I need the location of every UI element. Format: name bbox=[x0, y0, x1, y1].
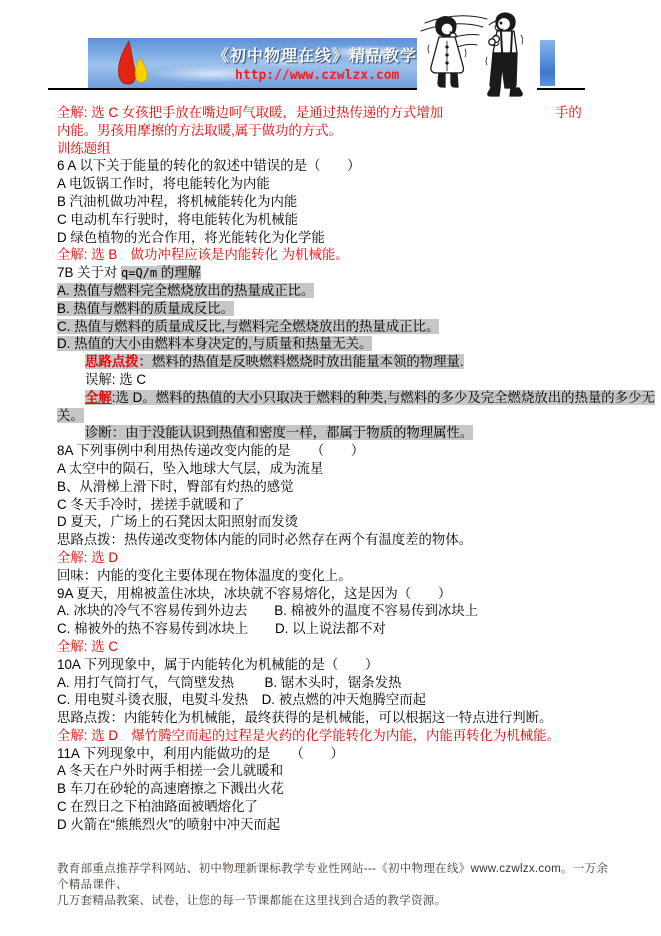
doc-line: 思路点拨：热传递改变物体内能的同时必然存在两个有温度差的物体。 bbox=[57, 531, 605, 549]
doc-text: :选 D。燃料的热值的大小只取决于燃料的种类,与燃料的多少及完全燃烧放出的热量的… bbox=[112, 390, 655, 405]
doc-text: 6 A 以下关于能量的转化的叙述中错误的是（ ） bbox=[57, 158, 361, 173]
doc-line: D 夏天，广场上的石凳因太阳照射而发烫 bbox=[57, 513, 605, 531]
doc-text: D 火箭在“熊熊烈火”的喷射中冲天而起 bbox=[57, 817, 280, 832]
doc-text: A 电饭锅工作时，将电能转化为内能 bbox=[57, 176, 270, 191]
doc-line: B 车刀在砂轮的高速磨擦之下溅出火花 bbox=[57, 780, 605, 798]
doc-line: A. 冰块的冷气不容易传到外边去 B. 棉被外的温度不容易传到冰块上 bbox=[57, 602, 605, 620]
doc-text: 全解: 选 D bbox=[57, 550, 118, 565]
doc-text: 误解: 选 C bbox=[85, 372, 146, 387]
doc-line: D. 热值的大小由燃料本身决定的,与质量和热量无关。 bbox=[57, 335, 605, 353]
doc-line: 误解: 选 C bbox=[57, 371, 605, 389]
doc-line: A 太空中的陨石，坠入地球大气层，成为流星 bbox=[57, 460, 605, 478]
doc-text: 诊断：由于没能认识到热值和密度一样，都属于物质的物理属性。 bbox=[85, 425, 473, 440]
footer-line-1: 教育部重点推荐学科网站、初中物理新课标教学专业性网站---《初中物理在线》www… bbox=[57, 861, 617, 893]
doc-text: 思路点拨： bbox=[85, 354, 152, 369]
doc-text: C 冬天手冷时，搓搓手就暖和了 bbox=[57, 497, 244, 512]
doc-text: A. 热值与燃料完全燃烧放出的热量成正比。 bbox=[57, 283, 314, 298]
doc-line: 思路点拨：内能转化为机械能，最终获得的是机械能，可以根据这一特点进行判断。 bbox=[57, 709, 605, 727]
doc-line: 6 A 以下关于能量的转化的叙述中错误的是（ ） bbox=[57, 157, 605, 175]
doc-text: A. 冰块的冷气不容易传到外边去 B. 棉被外的温度不容易传到冰块上 bbox=[57, 603, 478, 618]
footer-line-2: 几万套精品教案、试卷，让您的每一节课都能在这里找到合适的教学资源。 bbox=[57, 893, 617, 909]
banner-right-fragment bbox=[540, 40, 555, 86]
doc-line: 10A 下列现象中，属于内能转化为机械能的是（ ） bbox=[57, 656, 605, 674]
doc-text-tail: 手的 bbox=[555, 104, 582, 122]
doc-text: C. 棉被外的热不容易传到冰块上 D. 以上说法都不对 bbox=[57, 621, 386, 636]
doc-line: 9A 夏天，用棉被盖住冰块，冰块就不容易熔化，这是因为（ ） bbox=[57, 585, 605, 603]
doc-text: C. 热值与燃料的质量成反比,与燃料完全燃烧放出的热量成正比。 bbox=[57, 319, 439, 334]
doc-text: 的理解 bbox=[157, 265, 201, 280]
doc-text: B 汽油机做功冲程，将机械能转化为内能 bbox=[57, 194, 297, 209]
doc-line: 全解:选 D。燃料的热值的大小只取决于燃料的种类,与燃料的多少及完全燃烧放出的热… bbox=[57, 389, 605, 407]
doc-text: 全解: 选 C 女孩把手放在嘴边呵气取暖，是通过热传递的方式增加 bbox=[57, 105, 443, 120]
doc-text: C 在烈日之下柏油路面被晒熔化了 bbox=[57, 799, 258, 814]
doc-line: C 在烈日之下柏油路面被晒熔化了 bbox=[57, 798, 605, 816]
doc-text: 全解: 选 B 做功冲程应该是内能转化 为机械能。 bbox=[57, 247, 349, 262]
site-banner: 《初中物理在线》精品教学 http://www.czwlzx.com bbox=[88, 38, 447, 88]
doc-text: 全解: 选 C bbox=[57, 639, 118, 654]
doc-text: 8A 下列事例中利用热传递改变内能的是 （ ） bbox=[57, 443, 364, 458]
cartoon-drawing bbox=[417, 5, 537, 100]
doc-line: C. 热值与燃料的质量成反比,与燃料完全燃烧放出的热量成正比。 bbox=[57, 318, 605, 336]
doc-line: A. 热值与燃料完全燃烧放出的热量成正比。 bbox=[57, 282, 605, 300]
doc-text: A. 用打气筒打气，气筒壁发热 B. 锯木头时，锯条发热 bbox=[57, 675, 401, 690]
doc-line: 7B 关于对 q=Q/m 的理解 bbox=[57, 264, 605, 282]
banner-text-block: 《初中物理在线》精品教学 http://www.czwlzx.com bbox=[213, 43, 443, 83]
doc-line: 内能。男孩用摩擦的方法取暖,属于做功的方式。 bbox=[57, 122, 605, 140]
doc-line: 关。 bbox=[57, 407, 605, 425]
doc-text: 燃料的热值是反映燃料燃烧时放出能量本领的物理量. bbox=[152, 354, 464, 369]
site-title: 《初中物理在线》精品教学 bbox=[213, 43, 443, 66]
doc-text: q=Q/m bbox=[121, 266, 157, 280]
document-body: 全解: 选 C 女孩把手放在嘴边呵气取暖，是通过热传递的方式增加手的内能。男孩用… bbox=[57, 104, 605, 834]
doc-line: 11A 下列现象中，利用内能做功的是 （ ） bbox=[57, 745, 605, 763]
page-footer: 教育部重点推荐学科网站、初中物理新课标教学专业性网站---《初中物理在线》www… bbox=[57, 861, 617, 909]
doc-line: 全解: 选 C 女孩把手放在嘴边呵气取暖，是通过热传递的方式增加手的 bbox=[57, 104, 605, 122]
doc-text: C. 用电熨斗烫衣服，电熨斗发热 D. 被点燃的冲天炮腾空而起 bbox=[57, 692, 426, 707]
doc-text: D 绿色植物的光合作用，将光能转化为化学能 bbox=[57, 230, 325, 245]
doc-text: 11A 下列现象中，利用内能做功的是 （ ） bbox=[57, 746, 344, 761]
doc-text: B、从滑梯上滑下时，臀部有灼热的感觉 bbox=[57, 479, 294, 494]
doc-line: 8A 下列事例中利用热传递改变内能的是 （ ） bbox=[57, 442, 605, 460]
doc-line: 全解: 选 D bbox=[57, 549, 605, 567]
doc-line: A. 用打气筒打气，气筒壁发热 B. 锯木头时，锯条发热 bbox=[57, 674, 605, 692]
site-url: http://www.czwlzx.com bbox=[235, 68, 443, 83]
doc-text: 7B 关于对 bbox=[57, 265, 121, 280]
doc-text: 9A 夏天，用棉被盖住冰块，冰块就不容易熔化，这是因为（ ） bbox=[57, 586, 451, 601]
doc-text: 思路点拨：热传递改变物体内能的同时必然存在两个有温度差的物体。 bbox=[57, 532, 472, 547]
doc-line: B、从滑梯上滑下时，臀部有灼热的感觉 bbox=[57, 478, 605, 496]
doc-text: B 车刀在砂轮的高速磨擦之下溅出火花 bbox=[57, 781, 284, 796]
doc-text: 10A 下列现象中，属于内能转化为机械能的是（ ） bbox=[57, 657, 378, 672]
doc-text: 回味：内能的变化主要体现在物体温度的变化上。 bbox=[57, 568, 352, 583]
doc-line: C 电动机车行驶时，将电能转化为机械能 bbox=[57, 211, 605, 229]
doc-text: 全解: 选 D 爆竹腾空而起的过程是火药的化学能转化为内能，内能再转化为机械能。 bbox=[57, 728, 560, 743]
doc-text: 内能。男孩用摩擦的方法取暖,属于做功的方式。 bbox=[57, 123, 342, 138]
doc-line: 全解: 选 D 爆竹腾空而起的过程是火药的化学能转化为内能，内能再转化为机械能。 bbox=[57, 727, 605, 745]
doc-line: A 电饭锅工作时，将电能转化为内能 bbox=[57, 175, 605, 193]
doc-line: B. 热值与燃料的质量成反比。 bbox=[57, 300, 605, 318]
doc-line: C 冬天手冷时，搓搓手就暖和了 bbox=[57, 496, 605, 514]
doc-line: 训练题组 bbox=[57, 140, 605, 158]
doc-line: C. 棉被外的热不容易传到冰块上 D. 以上说法都不对 bbox=[57, 620, 605, 638]
doc-line: C. 用电熨斗烫衣服，电熨斗发热 D. 被点燃的冲天炮腾空而起 bbox=[57, 691, 605, 709]
doc-text: 训练题组 bbox=[57, 141, 111, 156]
doc-line: D 火箭在“熊熊烈火”的喷射中冲天而起 bbox=[57, 816, 605, 834]
doc-text: B. 热值与燃料的质量成反比。 bbox=[57, 301, 234, 316]
doc-text: 全解 bbox=[85, 390, 112, 405]
document-page: 《初中物理在线》精品教学 http://www.czwlzx.com bbox=[0, 0, 661, 936]
doc-line: 全解: 选 C bbox=[57, 638, 605, 656]
doc-text: A 冬天在户外时两手相搓一会儿就暖和 bbox=[57, 763, 283, 778]
doc-text: D 夏天，广场上的石凳因太阳照射而发烫 bbox=[57, 514, 298, 529]
doc-line: 全解: 选 B 做功冲程应该是内能转化 为机械能。 bbox=[57, 246, 605, 264]
doc-text: 思路点拨：内能转化为机械能，最终获得的是机械能，可以根据这一特点进行判断。 bbox=[57, 710, 552, 725]
doc-text: 关。 bbox=[57, 408, 84, 423]
doc-text: C 电动机车行驶时，将电能转化为机械能 bbox=[57, 212, 298, 227]
doc-line: B 汽油机做功冲程，将机械能转化为内能 bbox=[57, 193, 605, 211]
children-warming-hands-cartoon bbox=[417, 5, 537, 100]
doc-line: A 冬天在户外时两手相搓一会儿就暖和 bbox=[57, 762, 605, 780]
flame-logo-icon bbox=[110, 40, 156, 86]
doc-line: 思路点拨：燃料的热值是反映燃料燃烧时放出能量本领的物理量. bbox=[57, 353, 605, 371]
doc-line: 回味：内能的变化主要体现在物体温度的变化上。 bbox=[57, 567, 605, 585]
doc-text: D. 热值的大小由燃料本身决定的,与质量和热量无关。 bbox=[57, 336, 372, 351]
doc-line: D 绿色植物的光合作用，将光能转化为化学能 bbox=[57, 229, 605, 247]
doc-line: 诊断：由于没能认识到热值和密度一样，都属于物质的物理属性。 bbox=[57, 424, 605, 442]
doc-text: A 太空中的陨石，坠入地球大气层，成为流星 bbox=[57, 461, 323, 476]
